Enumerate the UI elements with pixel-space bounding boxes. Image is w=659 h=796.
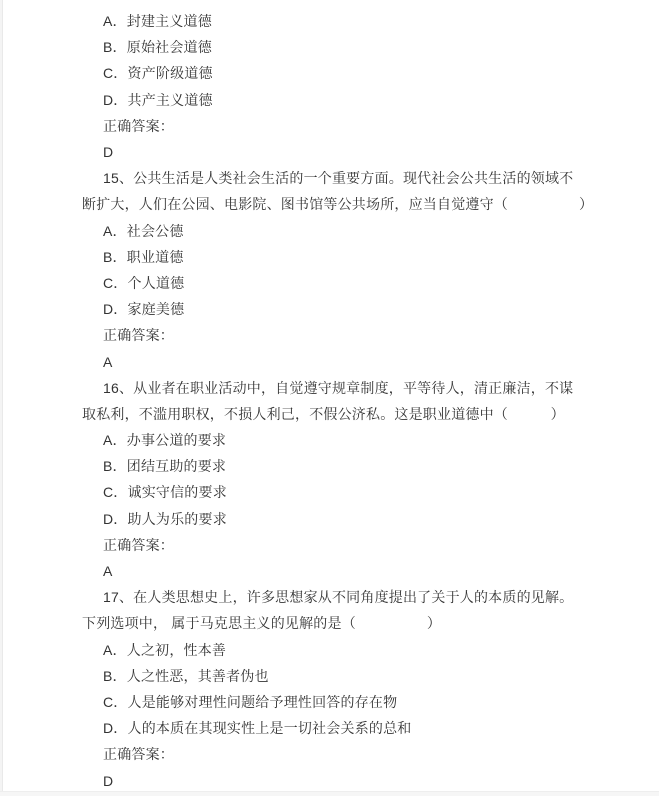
answer-value: A (0, 348, 659, 374)
stem-line-2: 断扩大，人们在公园、电影院、图书馆等公共场所，应当自觉遵守（ ） (0, 191, 659, 217)
stem-line-2: 下列选项中， 属于马克思主义的见解的是（ ） (0, 610, 659, 636)
option-d: D．家庭美德 (0, 296, 659, 322)
option-c: C．诚实守信的要求 (0, 479, 659, 505)
question-15: 15、公共生活是人类社会生活的一个重要方面。现代社会公共生活的领域不 断扩大，人… (0, 165, 659, 375)
question-14-tail: A．封建主义道德 B．原始社会道德 C．资产阶级道德 D．共产主义道德 正确答案… (0, 8, 659, 165)
stem-line-1: 16、从业者在职业活动中，自觉遵守规章制度，平等待人，清正廉洁，不谋 (0, 375, 659, 401)
question-17: 17、在人类思想史上，许多思想家从不同角度提出了关于人的本质的见解。 下列选项中… (0, 584, 659, 794)
question-16: 16、从业者在职业活动中，自觉遵守规章制度，平等待人，清正廉洁，不谋 取私利，不… (0, 375, 659, 585)
option-d: D．人的本质在其现实性上是一切社会关系的总和 (0, 715, 659, 741)
answer-value: D (0, 767, 659, 793)
option-a: A．社会公德 (0, 218, 659, 244)
option-c: C．资产阶级道德 (0, 60, 659, 86)
document-page: A．封建主义道德 B．原始社会道德 C．资产阶级道德 D．共产主义道德 正确答案… (0, 0, 659, 796)
option-a: A．办事公道的要求 (0, 427, 659, 453)
option-d: D．助人为乐的要求 (0, 506, 659, 532)
document-content: A．封建主义道德 B．原始社会道德 C．资产阶级道德 D．共产主义道德 正确答案… (0, 0, 659, 794)
option-b: B．人之性恶，其善者伪也 (0, 663, 659, 689)
answer-value: D (0, 139, 659, 165)
option-b: B．职业道德 (0, 244, 659, 270)
option-b: B．原始社会道德 (0, 34, 659, 60)
stem-line-1: 15、公共生活是人类社会生活的一个重要方面。现代社会公共生活的领域不 (0, 165, 659, 191)
option-a: A．封建主义道德 (0, 8, 659, 34)
option-c: C．个人道德 (0, 270, 659, 296)
answer-label: 正确答案： (0, 113, 659, 139)
option-c: C．人是能够对理性问题给予理性回答的存在物 (0, 689, 659, 715)
stem-line-2: 取私利，不滥用职权，不损人利己，不假公济私。这是职业道德中（ ） (0, 401, 659, 427)
answer-label: 正确答案： (0, 741, 659, 767)
page-bottom-edge (0, 791, 659, 796)
option-a: A．人之初，性本善 (0, 637, 659, 663)
page-left-edge (0, 0, 3, 796)
answer-label: 正确答案： (0, 532, 659, 558)
option-b: B．团结互助的要求 (0, 453, 659, 479)
stem-line-1: 17、在人类思想史上，许多思想家从不同角度提出了关于人的本质的见解。 (0, 584, 659, 610)
answer-label: 正确答案： (0, 322, 659, 348)
option-d: D．共产主义道德 (0, 87, 659, 113)
answer-value: A (0, 558, 659, 584)
